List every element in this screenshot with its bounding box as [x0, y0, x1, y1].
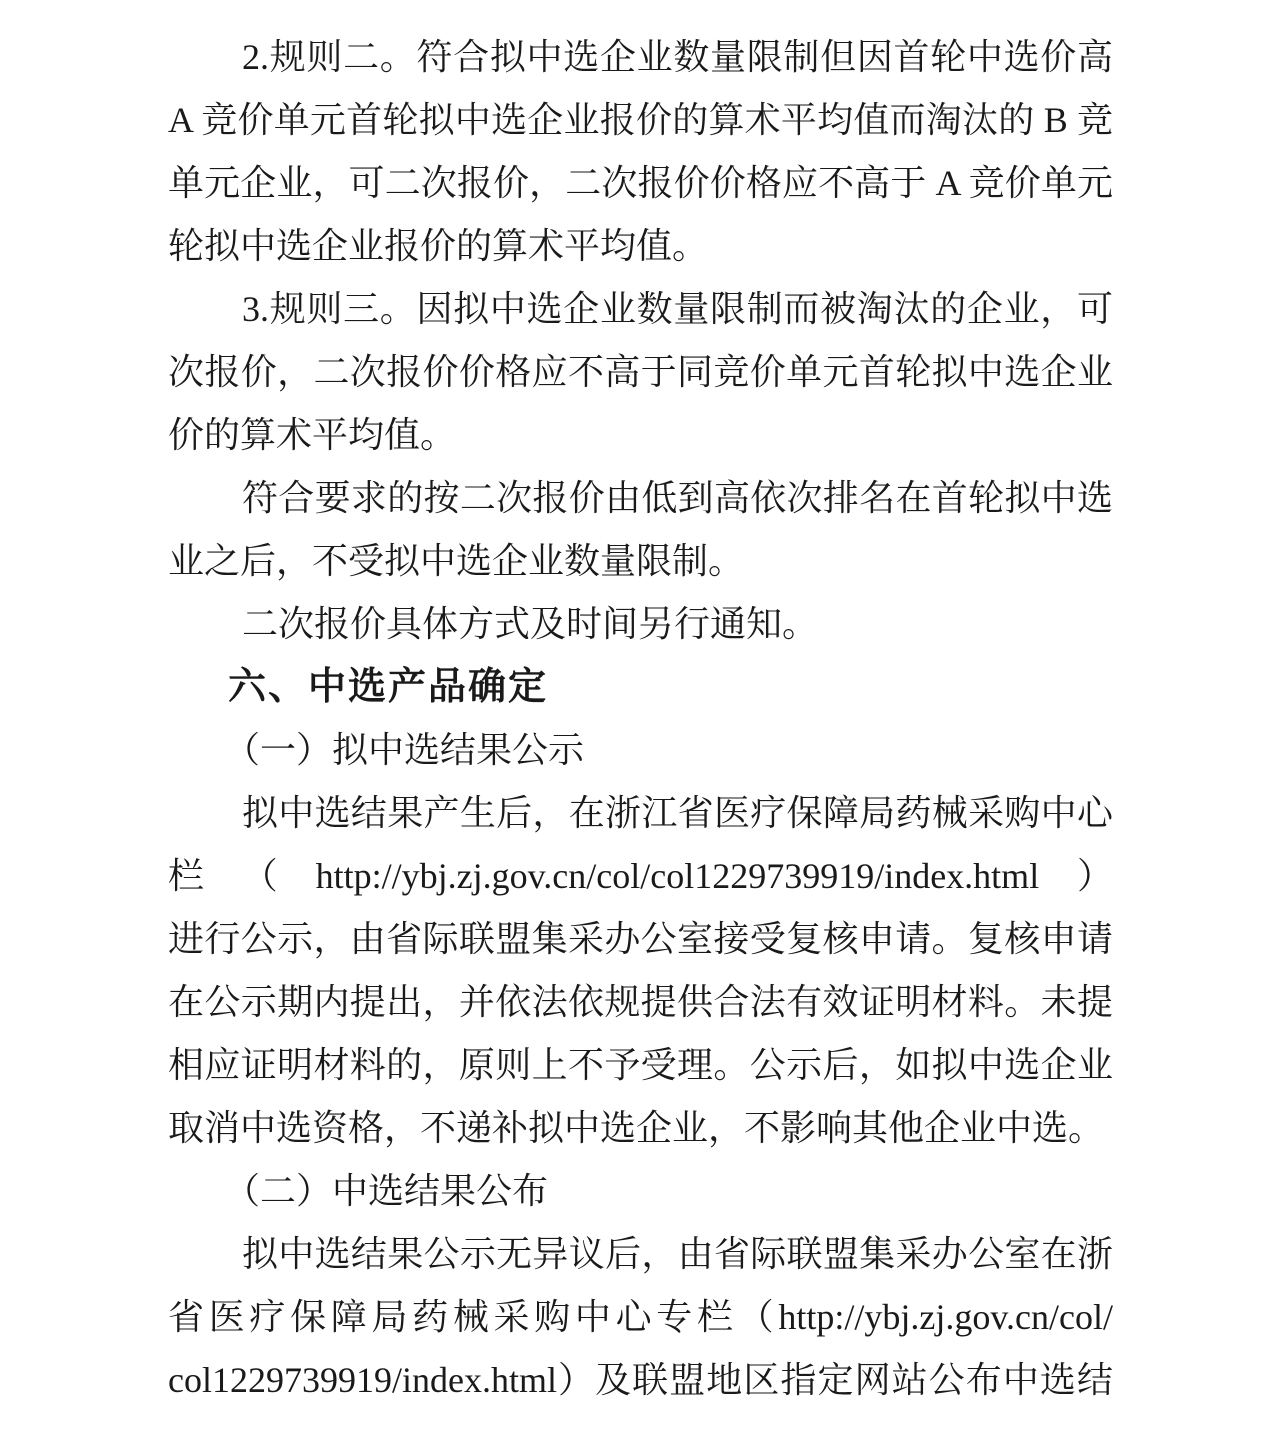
text-line-6: 次报价，二次报价价格应不高于同竞价单元首轮拟中选企业报 — [168, 341, 1113, 404]
text-line-1: 2.规则二。符合拟中选企业数量限制但因首轮中选价高于 — [168, 26, 1113, 89]
text-line-19: （二）中选结果公布 — [168, 1160, 1113, 1223]
text-line-17: 相应证明材料的，原则上不予受理。公示后，如拟中选企业被 — [168, 1034, 1113, 1097]
text-line-14: 栏（http://ybj.zj.gov.cn/col/col1229739919… — [168, 845, 1113, 908]
text-line-15: 进行公示，由省际联盟集采办公室接受复核申请。复核申请应 — [168, 908, 1113, 971]
text-line-12: （一）拟中选结果公示 — [168, 719, 1113, 782]
document-page: 2.规则二。符合拟中选企业数量限制但因首轮中选价高于A 竞价单元首轮拟中选企业报… — [0, 0, 1278, 1445]
text-line-21: 省医疗保障局药械采购中心专栏（http://ybj.zj.gov.cn/col/ — [168, 1286, 1113, 1349]
text-line-7: 价的算术平均值。 — [168, 404, 1113, 467]
text-line-5: 3.规则三。因拟中选企业数量限制而被淘汰的企业，可二 — [168, 278, 1113, 341]
text-line-18: 取消中选资格，不递补拟中选企业，不影响其他企业中选。 — [168, 1097, 1113, 1160]
text-line-13: 拟中选结果产生后，在浙江省医疗保障局药械采购中心专 — [168, 782, 1113, 845]
document-text: 2.规则二。符合拟中选企业数量限制但因首轮中选价高于A 竞价单元首轮拟中选企业报… — [168, 26, 1113, 1412]
text-line-11: 六、中选产品确定 — [168, 656, 1113, 719]
text-line-9: 业之后，不受拟中选企业数量限制。 — [168, 530, 1113, 593]
text-line-16: 在公示期内提出，并依法依规提供合法有效证明材料。未提供 — [168, 971, 1113, 1034]
text-line-20: 拟中选结果公示无异议后，由省际联盟集采办公室在浙江 — [168, 1223, 1113, 1286]
text-line-2: A 竞价单元首轮拟中选企业报价的算术平均值而淘汰的 B 竞价 — [168, 89, 1113, 152]
text-line-10: 二次报价具体方式及时间另行通知。 — [168, 593, 1113, 656]
text-line-22: col1229739919/index.html）及联盟地区指定网站公布中选结 — [168, 1349, 1113, 1412]
text-line-3: 单元企业，可二次报价，二次报价价格应不高于 A 竞价单元首 — [168, 152, 1113, 215]
text-line-8: 符合要求的按二次报价由低到高依次排名在首轮拟中选企 — [168, 467, 1113, 530]
text-line-4: 轮拟中选企业报价的算术平均值。 — [168, 215, 1113, 278]
